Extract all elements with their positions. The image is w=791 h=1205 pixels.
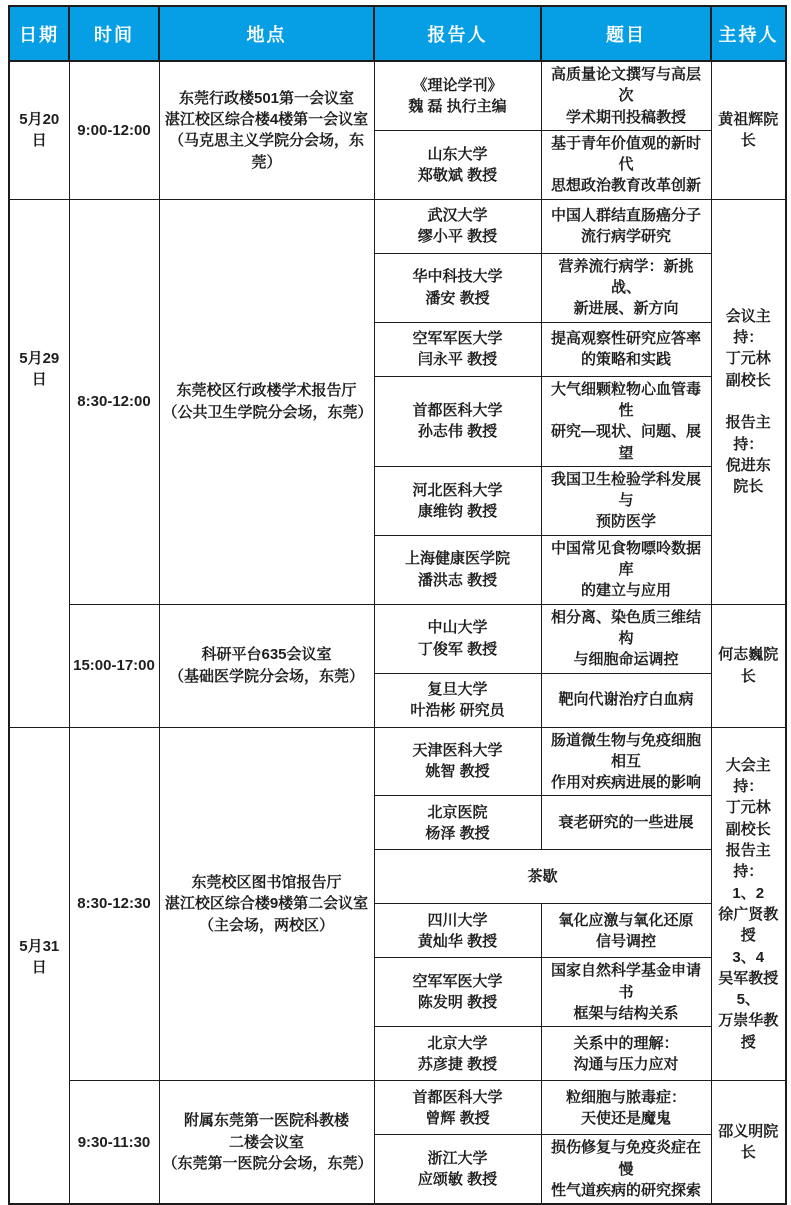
topic-cell: 营养流行病学：新挑战、 新进展、新方向 <box>541 253 711 322</box>
time-cell: 8:30-12:00 <box>69 199 159 604</box>
header-cell-host: 主持人 <box>711 6 786 61</box>
header-cell-speaker: 报告人 <box>374 6 541 61</box>
topic-cell: 基于青年价值观的新时代 思想政治教育改革创新 <box>541 130 711 199</box>
speaker-cell: 《理论学刊》 魏 磊 执行主编 <box>374 61 541 130</box>
topic-cell: 关系中的理解： 沟通与压力应对 <box>541 1027 711 1081</box>
topic-cell: 中国人群结直肠癌分子 流行病学研究 <box>541 199 711 253</box>
speaker-cell: 武汉大学 缪小平 教授 <box>374 199 541 253</box>
time-cell: 9:30-11:30 <box>69 1081 159 1204</box>
host-cell: 何志巍院长 <box>711 604 786 727</box>
topic-cell: 大气细颗粒物心血管毒性 研究—现状、问题、展望 <box>541 376 711 466</box>
speaker-cell: 山东大学 郑敬斌 教授 <box>374 130 541 199</box>
header-cell-time: 时间 <box>69 6 159 61</box>
table-row: 5月29日 8:30-12:00 东莞校区行政楼学术报告厅 （公共卫生学院分会场… <box>9 199 786 253</box>
time-cell: 8:30-12:30 <box>69 727 159 1081</box>
topic-cell: 高质量论文撰写与高层次 学术期刊投稿教授 <box>541 61 711 130</box>
speaker-cell: 上海健康医学院 潘洪志 教授 <box>374 535 541 604</box>
location-cell: 附属东莞第一医院科教楼 二楼会议室 （东莞第一医院分会场，东莞） <box>159 1081 374 1204</box>
host-cell: 邵义明院长 <box>711 1081 786 1204</box>
time-cell: 9:00-12:00 <box>69 61 159 199</box>
topic-cell: 衰老研究的一些进展 <box>541 796 711 850</box>
speaker-cell: 空军军医大学 陈发明 教授 <box>374 958 541 1027</box>
date-cell: 5月20日 <box>9 61 69 199</box>
speaker-cell: 河北医科大学 康维钧 教授 <box>374 466 541 535</box>
speaker-cell: 四川大学 黄灿华 教授 <box>374 904 541 958</box>
speaker-cell: 浙江大学 应颂敏 教授 <box>374 1135 541 1204</box>
tea-break-cell: 茶歇 <box>374 850 711 904</box>
location-cell: 东莞校区图书馆报告厅 湛江校区综合楼9楼第二会议室 （主会场，两校区） <box>159 727 374 1081</box>
speaker-cell: 北京医院 杨泽 教授 <box>374 796 541 850</box>
topic-cell: 相分离、染色质三维结构 与细胞命运调控 <box>541 604 711 673</box>
topic-cell: 靶向代谢治疗白血病 <box>541 673 711 727</box>
header-cell-date: 日期 <box>9 6 69 61</box>
topic-cell: 中国常见食物嘌呤数据库 的建立与应用 <box>541 535 711 604</box>
topic-cell: 氧化应激与氧化还原 信号调控 <box>541 904 711 958</box>
location-cell: 东莞行政楼501第一会议室 湛江校区综合楼4楼第一会议室 （马克思主义学院分会场… <box>159 61 374 199</box>
conference-schedule-table: 日期 时间 地点 报告人 题目 主持人 5月20日 9:00-12:00 东莞行… <box>8 5 787 1205</box>
time-cell: 15:00-17:00 <box>69 604 159 727</box>
table-row: 5月20日 9:00-12:00 东莞行政楼501第一会议室 湛江校区综合楼4楼… <box>9 61 786 130</box>
topic-cell: 国家自然科学基金申请书 框架与结构关系 <box>541 958 711 1027</box>
host-cell: 大会主持： 丁元林 副校长 报告主持： 1、2 徐广贤教授 3、4 吴军教授 5… <box>711 727 786 1081</box>
table-row: 5月31日 8:30-12:30 东莞校区图书馆报告厅 湛江校区综合楼9楼第二会… <box>9 727 786 796</box>
table-row: 15:00-17:00 科研平台635会议室 （基础医学院分会场，东莞） 中山大… <box>9 604 786 673</box>
table-row: 9:30-11:30 附属东莞第一医院科教楼 二楼会议室 （东莞第一医院分会场，… <box>9 1081 786 1135</box>
host-cell: 会议主持： 丁元林 副校长 报告主持： 倪进东 院长 <box>711 199 786 604</box>
speaker-cell: 华中科技大学 潘安 教授 <box>374 253 541 322</box>
topic-cell: 肠道微生物与免疫细胞相互 作用对疾病进展的影响 <box>541 727 711 796</box>
speaker-cell: 首都医科大学 孙志伟 教授 <box>374 376 541 466</box>
location-cell: 科研平台635会议室 （基础医学院分会场，东莞） <box>159 604 374 727</box>
speaker-cell: 复旦大学 叶浩彬 研究员 <box>374 673 541 727</box>
header-row: 日期 时间 地点 报告人 题目 主持人 <box>9 6 786 61</box>
speaker-cell: 中山大学 丁俊军 教授 <box>374 604 541 673</box>
date-cell: 5月29日 <box>9 199 69 727</box>
speaker-cell: 首都医科大学 曾辉 教授 <box>374 1081 541 1135</box>
speaker-cell: 空军军医大学 闫永平 教授 <box>374 322 541 376</box>
topic-cell: 我国卫生检验学科发展与 预防医学 <box>541 466 711 535</box>
header-cell-location: 地点 <box>159 6 374 61</box>
location-cell: 东莞校区行政楼学术报告厅 （公共卫生学院分会场，东莞） <box>159 199 374 604</box>
speaker-cell: 天津医科大学 姚智 教授 <box>374 727 541 796</box>
speaker-cell: 北京大学 苏彦捷 教授 <box>374 1027 541 1081</box>
date-cell: 5月31日 <box>9 727 69 1204</box>
topic-cell: 损伤修复与免疫炎症在慢 性气道疾病的研究探索 <box>541 1135 711 1204</box>
topic-cell: 粒细胞与脓毒症： 天使还是魔鬼 <box>541 1081 711 1135</box>
header-cell-topic: 题目 <box>541 6 711 61</box>
host-cell: 黄祖辉院长 <box>711 61 786 199</box>
topic-cell: 提高观察性研究应答率 的策略和实践 <box>541 322 711 376</box>
